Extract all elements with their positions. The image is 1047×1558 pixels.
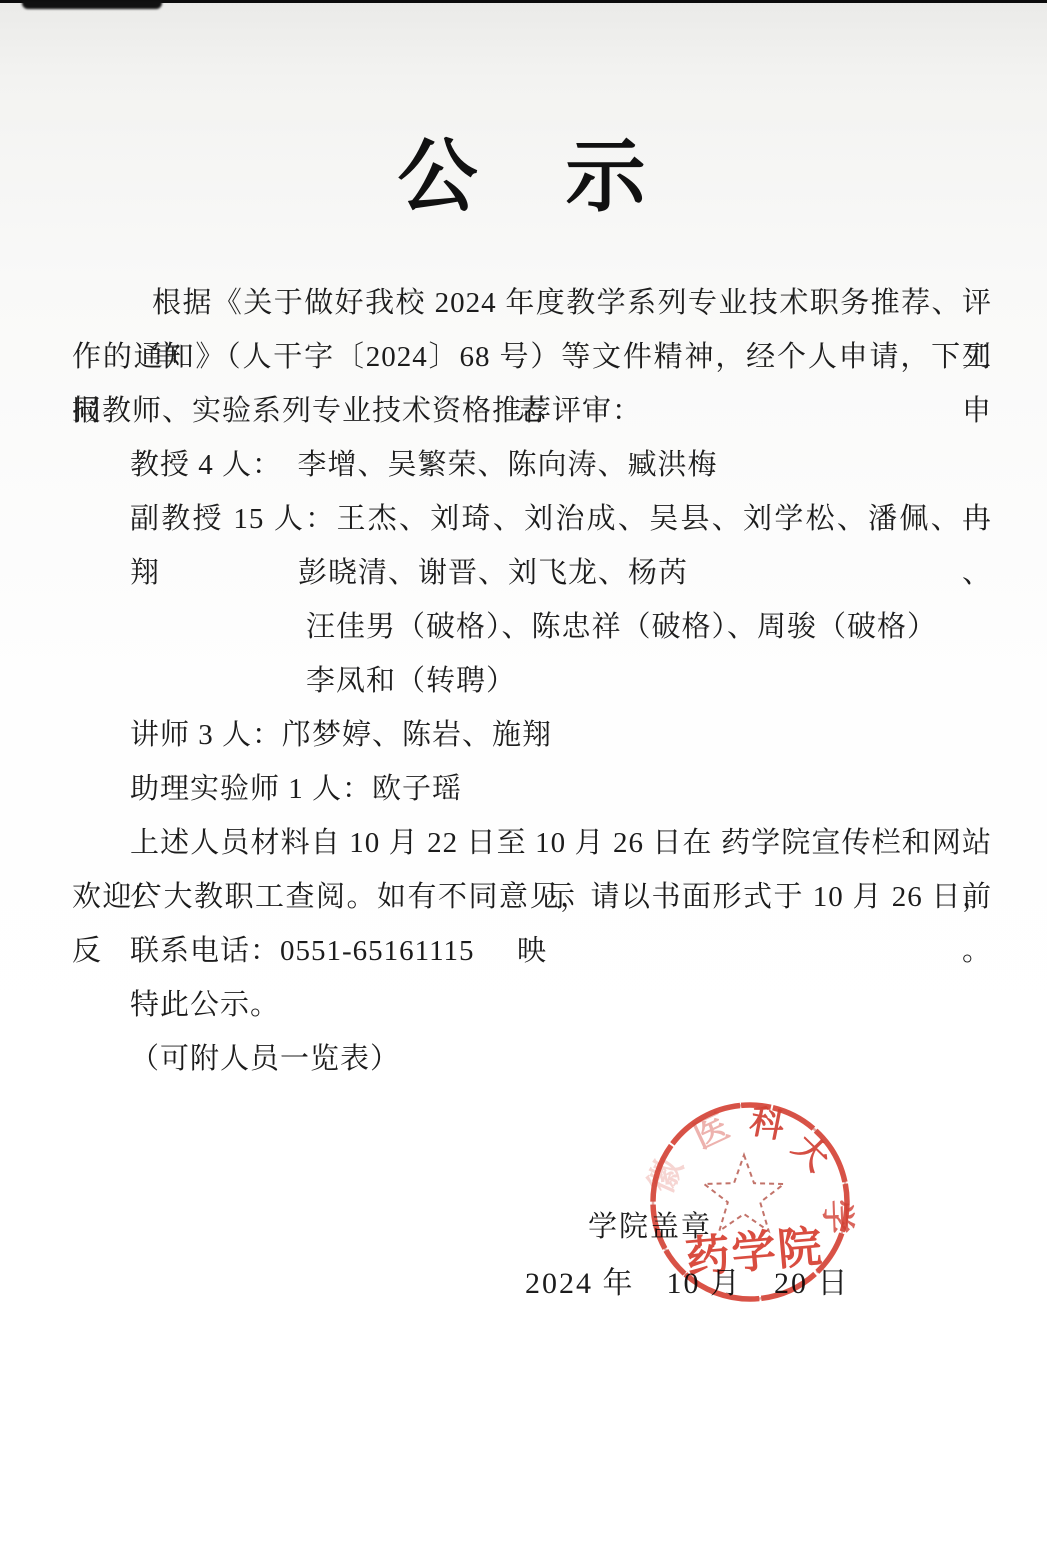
seal-arc-char: 大 — [785, 1128, 836, 1179]
notice-line: 作的通知》（人干字〔2024〕68 号）等文件精神，经个人申请，下列同志申 — [72, 330, 992, 384]
notice-line: 特此公示。 — [72, 978, 992, 1032]
seal-graphic: 徽 医 科 大 学 药学院 — [643, 1095, 857, 1309]
seal-arc-char: 科 — [747, 1102, 788, 1146]
notice-line: 助理实验师 1 人：欧子瑶 — [72, 762, 992, 816]
notice-line: 汪佳男（破格）、陈忠祥（破格）、周骏（破格） — [72, 600, 992, 654]
notice-line: 副教授 15 人：王杰、刘琦、刘治成、吴县、刘学松、潘佩、冉翔、 — [72, 492, 992, 546]
notice-body: 根据《关于做好我校 2024 年度教学系列专业技术职务推荐、评审工作的通知》（人… — [72, 276, 992, 1086]
notice-line: 欢迎广大教职工查阅。如有不同意见，请以书面形式于 10 月 26 日前反映。 — [72, 870, 992, 924]
college-seal-stamp: 徽 医 科 大 学 药学院 — [643, 1095, 857, 1309]
scan-artifact-blob — [22, 0, 162, 9]
seal-arc-char: 医 — [688, 1109, 734, 1157]
seal-arc-char: 徽 — [643, 1152, 690, 1199]
notice-line: 根据《关于做好我校 2024 年度教学系列专业技术职务推荐、评审工 — [72, 276, 992, 330]
seal-star-icon — [704, 1155, 784, 1231]
seal-arc-text: 徽 医 科 大 学 — [643, 1102, 857, 1234]
seal-arc-char: 学 — [817, 1199, 856, 1234]
notice-line: 讲师 3 人：邝梦婷、陈岩、施翔 — [72, 708, 992, 762]
notice-page: 公 示 根据《关于做好我校 2024 年度教学系列专业技术职务推荐、评审工作的通… — [0, 0, 1047, 1558]
notice-line: 上述人员材料自 10 月 22 日至 10 月 26 日在 药学院宣传栏和网站公… — [72, 816, 992, 870]
notice-line: 李凤和（转聘） — [72, 654, 992, 708]
notice-line: 教授 4 人： 李增、吴繁荣、陈向涛、臧洪梅 — [72, 438, 992, 492]
notice-line: （可附人员一览表） — [72, 1032, 992, 1086]
notice-title: 公 示 — [0, 112, 1047, 227]
seal-bottom-text: 药学院 — [684, 1222, 826, 1283]
